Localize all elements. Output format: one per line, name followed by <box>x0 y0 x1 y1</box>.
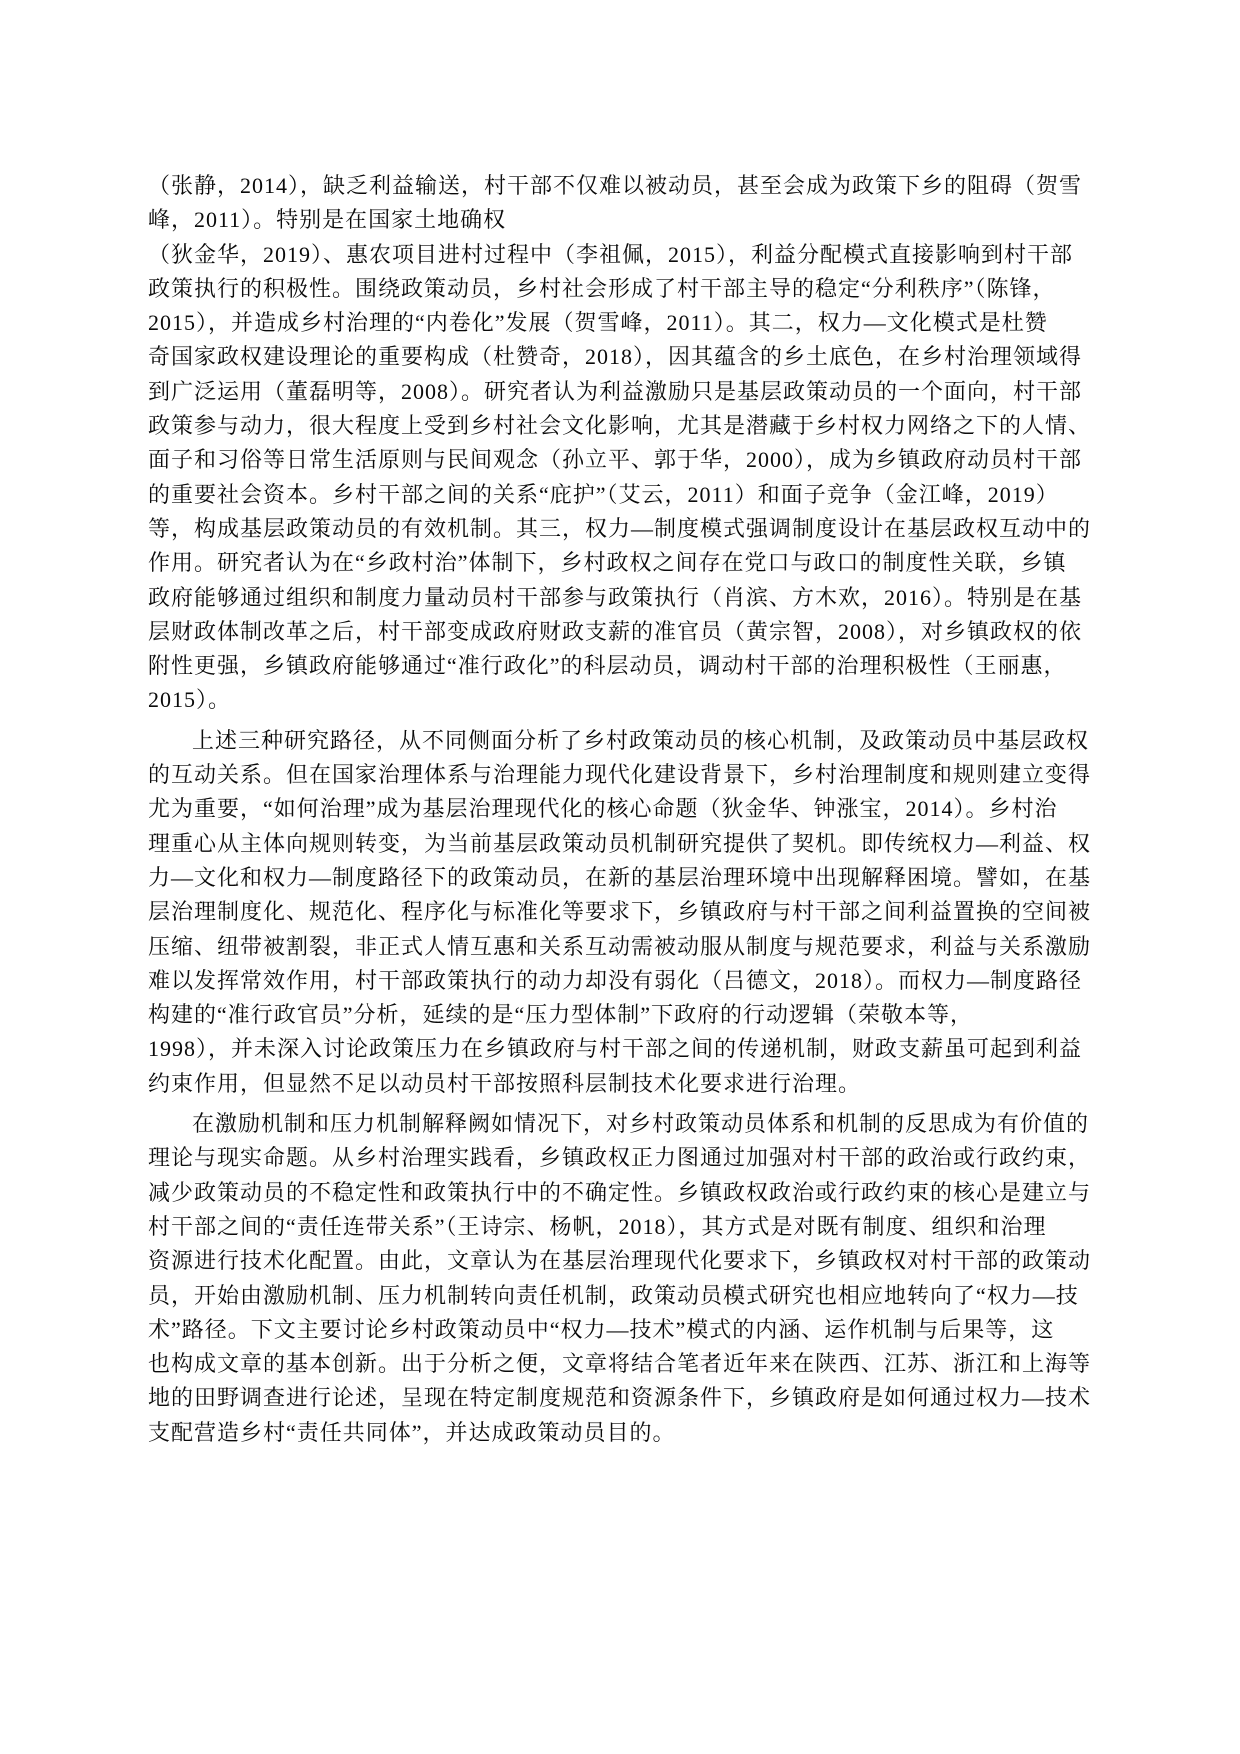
paragraph-reflection-and-innovation: 在激励机制和压力机制解释阙如情况下，对乡村政策动员体系和机制的反思成为有价值的 … <box>148 1107 1100 1450</box>
paragraph-continuation: （张静，2014），缺乏利益输送，村干部不仅难以被动员，甚至会成为政策下乡的阻碍… <box>148 169 1100 718</box>
document-page: （张静，2014），缺乏利益输送，村干部不仅难以被动员，甚至会成为政策下乡的阻碍… <box>0 0 1240 1754</box>
paragraph-research-paths-summary: 上述三种研究路径，从不同侧面分析了乡村政策动员的核心机制，及政策动员中基层政权 … <box>148 724 1100 1101</box>
body-text: （张静，2014），缺乏利益输送，村干部不仅难以被动员，甚至会成为政策下乡的阻碍… <box>148 169 1100 1450</box>
